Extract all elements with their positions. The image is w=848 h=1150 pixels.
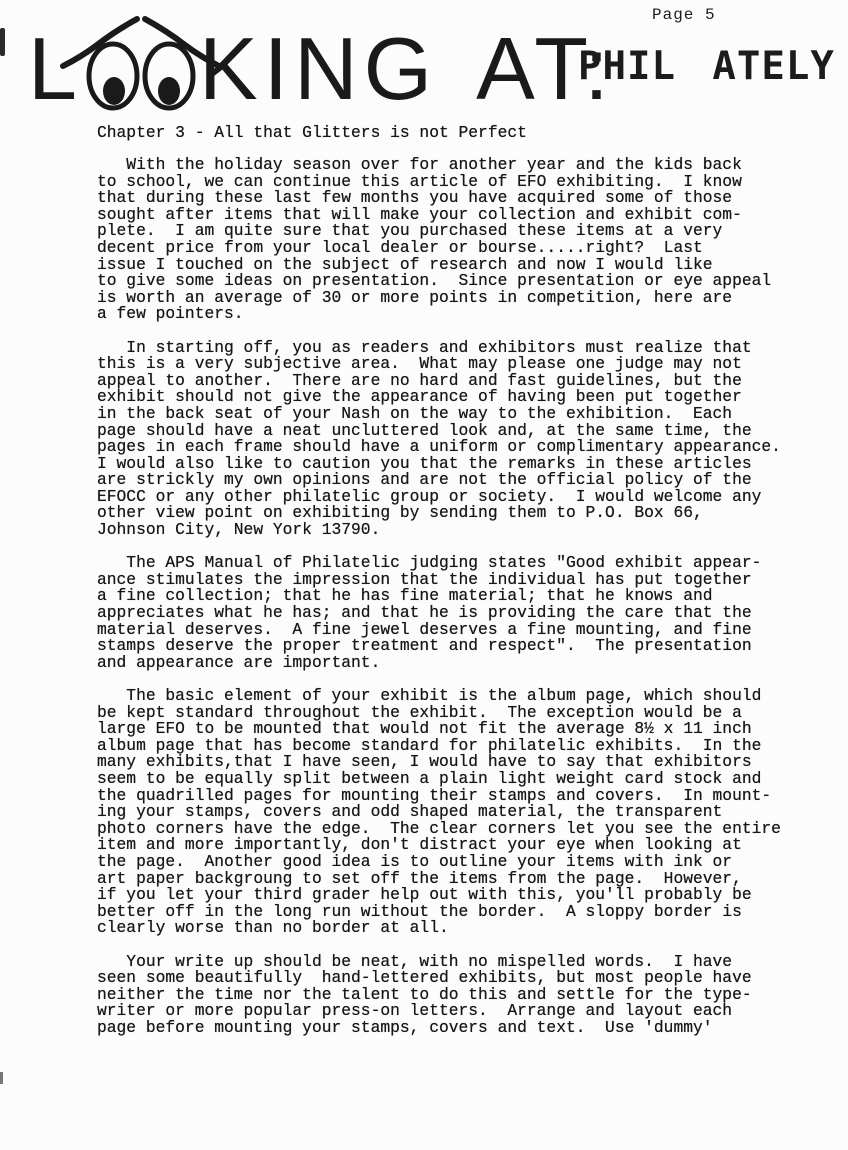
title-letter-l: L [28,29,83,110]
masthead-subtitle: PHIL ATELY [578,44,835,89]
right-eye-icon [143,31,197,111]
chapter-heading: Chapter 3 - All that Glitters is not Per… [97,123,527,142]
article-paragraph-2: In starting off, you as readers and exhi… [97,340,817,539]
article-paragraph-5: Your write up should be neat, with no mi… [97,954,817,1037]
page-number: Page 5 [652,6,716,24]
article-body: With the holiday season over for another… [97,157,817,1053]
article-paragraph-1: With the holiday season over for another… [97,157,817,323]
left-eye-icon [85,31,139,111]
title-letters-king: KING [199,29,438,110]
article-paragraph-3: The APS Manual of Philatelic judging sta… [97,555,817,671]
scan-artifact [0,28,5,56]
masthead-title: L KING AT: [28,8,615,110]
article-paragraph-4: The basic element of your exhibit is the… [97,688,817,937]
scan-artifact [0,1072,3,1084]
document-page: L KING AT: Page 5 PHIL ATELY Chapter 3 -… [0,0,848,1150]
